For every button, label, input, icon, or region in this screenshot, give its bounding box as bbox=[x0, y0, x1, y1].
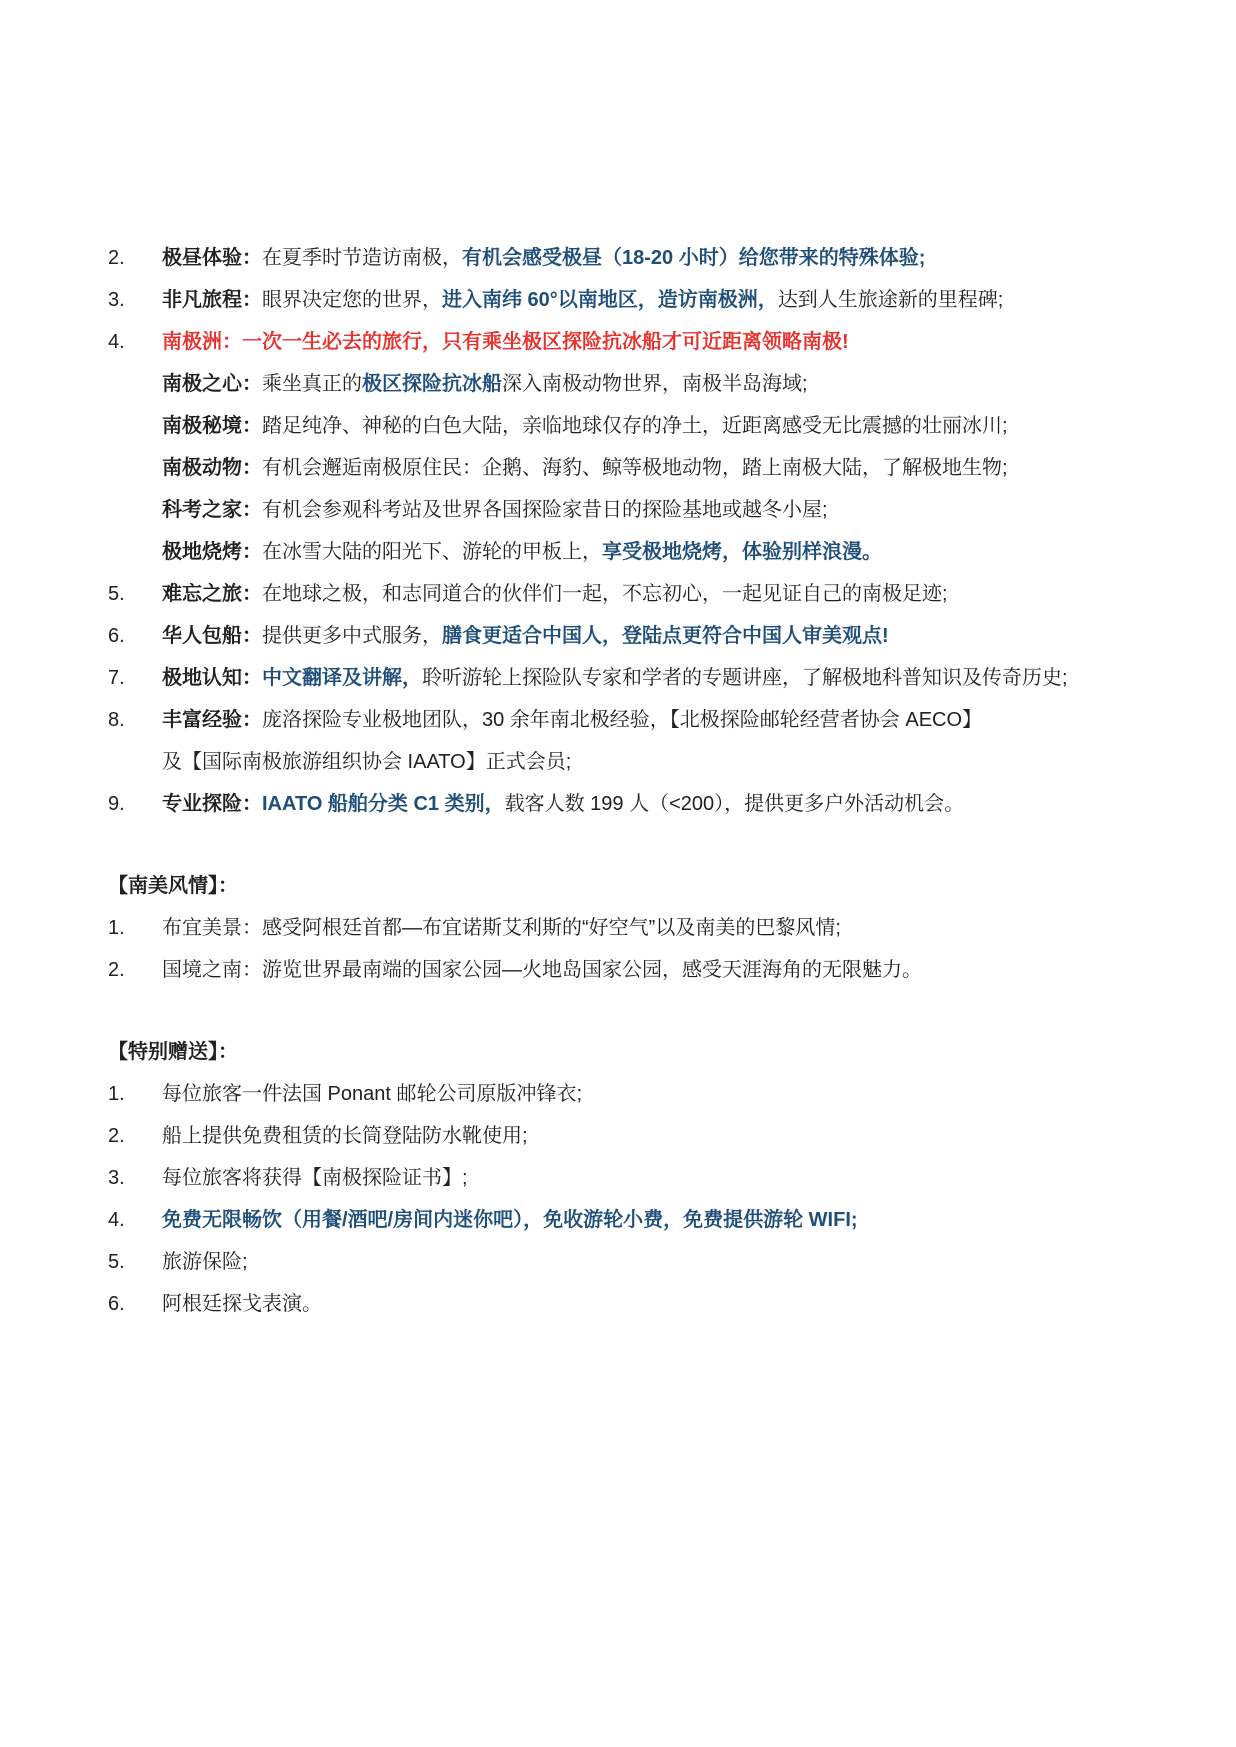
text-segment: 及【国际南极旅游组织协会 IAATO】正式会员; bbox=[162, 751, 571, 773]
item-text: 南极洲：一次一生必去的旅行，只有乘坐极区探险抗冰船才可近距离领略南极! bbox=[162, 321, 1176, 363]
list-item: 6.阿根廷探戈表演。 bbox=[108, 1283, 1176, 1325]
item-text: 科考之家：有机会参观科考站及世界各国探险家昔日的探险基地或越冬小屋; bbox=[162, 489, 1176, 531]
item-number: 4. bbox=[108, 1199, 162, 1241]
item-text: 极地认知：中文翻译及讲解，聆听游轮上探险队专家和学者的专题讲座，了解极地科普知识… bbox=[162, 657, 1176, 699]
text-segment: 深入南极动物世界，南极半岛海域; bbox=[502, 373, 808, 395]
text-segment: 难忘之旅： bbox=[162, 583, 262, 605]
list-item: 南极之心：乘坐真正的极区探险抗冰船深入南极动物世界，南极半岛海域; bbox=[108, 363, 1176, 405]
document-content: 2.极昼体验：在夏季时节造访南极，有机会感受极昼（18-20 小时）给您带来的特… bbox=[0, 0, 1236, 1325]
item-number: 3. bbox=[108, 279, 162, 321]
item-text: 每位旅客一件法国 Ponant 邮轮公司原版冲锋衣; bbox=[162, 1073, 1176, 1115]
item-text: 非凡旅程：眼界决定您的世界，进入南纬 60°以南地区，造访南极洲，达到人生旅途新… bbox=[162, 279, 1176, 321]
text-segment: 南极之心： bbox=[162, 373, 262, 395]
text-segment: 庞洛探险专业极地团队，30 余年南北极经验，【北极探险邮轮经营者协会 AECO】 bbox=[262, 709, 982, 731]
list-item: 极地烧烤：在冰雪大陆的阳光下、游轮的甲板上，享受极地烧烤，体验别样浪漫。 bbox=[108, 531, 1176, 573]
text-segment: 科考之家： bbox=[162, 499, 262, 521]
text-segment: 专业探险： bbox=[162, 793, 262, 815]
text-segment: 丰富经验： bbox=[162, 709, 262, 731]
item-number bbox=[108, 405, 162, 447]
item-number: 9. bbox=[108, 783, 162, 825]
text-segment: 在冰雪大陆的阳光下、游轮的甲板上， bbox=[262, 541, 602, 563]
item-number: 3. bbox=[108, 1157, 162, 1199]
list-item: 1.布宜美景：感受阿根廷首都—布宜诺斯艾利斯的“好空气”以及南美的巴黎风情; bbox=[108, 907, 1176, 949]
item-number: 2. bbox=[108, 237, 162, 279]
item-number: 1. bbox=[108, 1073, 162, 1115]
list-item: 4.免费无限畅饮（用餐/酒吧/房间内迷你吧），免收游轮小费，免费提供游轮 WIF… bbox=[108, 1199, 1176, 1241]
text-segment: 华人包船： bbox=[162, 625, 262, 647]
list-item: 5.旅游保险; bbox=[108, 1241, 1176, 1283]
text-segment: 乘坐真正的 bbox=[262, 373, 362, 395]
text-segment: 极地认知： bbox=[162, 667, 262, 689]
text-segment: 聆听游轮上探险队专家和学者的专题讲座，了解极地科普知识及传奇历史; bbox=[422, 667, 1068, 689]
item-number: 8. bbox=[108, 699, 162, 783]
item-number: 5. bbox=[108, 573, 162, 615]
list-item: 3.非凡旅程：眼界决定您的世界，进入南纬 60°以南地区，造访南极洲，达到人生旅… bbox=[108, 279, 1176, 321]
text-segment: 中文翻译及讲解， bbox=[262, 667, 422, 689]
item-number: 6. bbox=[108, 615, 162, 657]
text-segment: 在夏季时节造访南极， bbox=[262, 247, 462, 269]
item-text: 极地烧烤：在冰雪大陆的阳光下、游轮的甲板上，享受极地烧烤，体验别样浪漫。 bbox=[162, 531, 1176, 573]
list-item: 1.每位旅客一件法国 Ponant 邮轮公司原版冲锋衣; bbox=[108, 1073, 1176, 1115]
text-segment: 极昼体验： bbox=[162, 247, 262, 269]
item-text: 南极动物：有机会邂逅南极原住民：企鹅、海豹、鲸等极地动物，踏上南极大陆，了解极地… bbox=[162, 447, 1176, 489]
item-text: 船上提供免费租赁的长筒登陆防水靴使用; bbox=[162, 1115, 1176, 1157]
text-segment: IAATO 船舶分类 C1 类别， bbox=[262, 793, 505, 815]
text-segment: 国境之南：游览世界最南端的国家公园—火地岛国家公园，感受天涯海角的无限魅力。 bbox=[162, 959, 922, 981]
item-text: 每位旅客将获得【南极探险证书】; bbox=[162, 1157, 1176, 1199]
text-segment: 享受极地烧烤，体验别样浪漫。 bbox=[602, 541, 882, 563]
item-text: 南极秘境：踏足纯净、神秘的白色大陆，亲临地球仅存的净土，近距离感受无比震撼的壮丽… bbox=[162, 405, 1176, 447]
list-item: 7.极地认知：中文翻译及讲解，聆听游轮上探险队专家和学者的专题讲座，了解极地科普… bbox=[108, 657, 1176, 699]
text-segment: 南极洲：一次一生必去的旅行，只有乘坐极区探险抗冰船才可近距离领略南极! bbox=[162, 331, 849, 353]
item-text: 免费无限畅饮（用餐/酒吧/房间内迷你吧），免收游轮小费，免费提供游轮 WIFI; bbox=[162, 1199, 1176, 1241]
text-segment: 极区探险抗冰船 bbox=[362, 373, 502, 395]
list-item: 南极秘境：踏足纯净、神秘的白色大陆，亲临地球仅存的净土，近距离感受无比震撼的壮丽… bbox=[108, 405, 1176, 447]
item-text: 旅游保险; bbox=[162, 1241, 1176, 1283]
item-number bbox=[108, 447, 162, 489]
item-text: 南极之心：乘坐真正的极区探险抗冰船深入南极动物世界，南极半岛海域; bbox=[162, 363, 1176, 405]
text-segment: 达到人生旅途新的里程碑; bbox=[778, 289, 1004, 311]
text-segment: 南极动物： bbox=[162, 457, 262, 479]
list-item: 8.丰富经验：庞洛探险专业极地团队，30 余年南北极经验，【北极探险邮轮经营者协… bbox=[108, 699, 1176, 783]
list-item: 4.南极洲：一次一生必去的旅行，只有乘坐极区探险抗冰船才可近距离领略南极! bbox=[108, 321, 1176, 363]
text-segment: 极地烧烤： bbox=[162, 541, 262, 563]
text-segment: 进入南纬 60°以南地区，造访南极洲， bbox=[442, 289, 778, 311]
list-item: 9.专业探险：IAATO 船舶分类 C1 类别，载客人数 199 人（<200）… bbox=[108, 783, 1176, 825]
item-number: 2. bbox=[108, 1115, 162, 1157]
text-segment: 膳食更适合中国人，登陆点更符合中国人审美观点! bbox=[442, 625, 889, 647]
section-heading: 【南美风情】： bbox=[108, 865, 1176, 907]
text-segment: 有机会感受极昼（18-20 小时）给您带来的特殊体验; bbox=[462, 247, 925, 269]
item-text: 布宜美景：感受阿根廷首都—布宜诺斯艾利斯的“好空气”以及南美的巴黎风情; bbox=[162, 907, 1176, 949]
item-text: 阿根廷探戈表演。 bbox=[162, 1283, 1176, 1325]
item-number: 7. bbox=[108, 657, 162, 699]
text-segment: 阿根廷探戈表演。 bbox=[162, 1293, 322, 1315]
list-item: 2.船上提供免费租赁的长筒登陆防水靴使用; bbox=[108, 1115, 1176, 1157]
list-item: 6.华人包船：提供更多中式服务，膳食更适合中国人，登陆点更符合中国人审美观点! bbox=[108, 615, 1176, 657]
item-number bbox=[108, 489, 162, 531]
item-text: 难忘之旅：在地球之极，和志同道合的伙伴们一起，不忘初心，一起见证自己的南极足迹; bbox=[162, 573, 1176, 615]
text-segment: 旅游保险; bbox=[162, 1251, 248, 1273]
item-number: 6. bbox=[108, 1283, 162, 1325]
text-segment: 在地球之极，和志同道合的伙伴们一起，不忘初心，一起见证自己的南极足迹; bbox=[262, 583, 948, 605]
text-segment: 非凡旅程： bbox=[162, 289, 262, 311]
list-item: 科考之家：有机会参观科考站及世界各国探险家昔日的探险基地或越冬小屋; bbox=[108, 489, 1176, 531]
item-number bbox=[108, 363, 162, 405]
text-segment: 踏足纯净、神秘的白色大陆，亲临地球仅存的净土，近距离感受无比震撼的壮丽冰川; bbox=[262, 415, 1008, 437]
list-item: 3.每位旅客将获得【南极探险证书】; bbox=[108, 1157, 1176, 1199]
item-number: 4. bbox=[108, 321, 162, 363]
item-text: 专业探险：IAATO 船舶分类 C1 类别，载客人数 199 人（<200），提… bbox=[162, 783, 1176, 825]
item-text: 丰富经验：庞洛探险专业极地团队，30 余年南北极经验，【北极探险邮轮经营者协会 … bbox=[162, 699, 1176, 783]
item-text: 华人包船：提供更多中式服务，膳食更适合中国人，登陆点更符合中国人审美观点! bbox=[162, 615, 1176, 657]
item-number bbox=[108, 531, 162, 573]
document-page: 2.极昼体验：在夏季时节造访南极，有机会感受极昼（18-20 小时）给您带来的特… bbox=[0, 0, 1236, 1747]
list-item: 南极动物：有机会邂逅南极原住民：企鹅、海豹、鲸等极地动物，踏上南极大陆，了解极地… bbox=[108, 447, 1176, 489]
text-segment: 船上提供免费租赁的长筒登陆防水靴使用; bbox=[162, 1125, 528, 1147]
list-item: 5.难忘之旅：在地球之极，和志同道合的伙伴们一起，不忘初心，一起见证自己的南极足… bbox=[108, 573, 1176, 615]
section-heading: 【特别赠送】： bbox=[108, 1031, 1176, 1073]
text-segment: 提供更多中式服务， bbox=[262, 625, 442, 647]
text-segment: 有机会邂逅南极原住民：企鹅、海豹、鲸等极地动物，踏上南极大陆，了解极地生物; bbox=[262, 457, 1008, 479]
item-text: 国境之南：游览世界最南端的国家公园—火地岛国家公园，感受天涯海角的无限魅力。 bbox=[162, 949, 1176, 991]
text-segment: 载客人数 199 人（<200），提供更多户外活动机会。 bbox=[505, 793, 965, 815]
text-segment: 有机会参观科考站及世界各国探险家昔日的探险基地或越冬小屋; bbox=[262, 499, 828, 521]
text-segment: 免费无限畅饮（用餐/酒吧/房间内迷你吧），免收游轮小费，免费提供游轮 WIFI; bbox=[162, 1209, 858, 1231]
item-number: 1. bbox=[108, 907, 162, 949]
text-segment: 南极秘境： bbox=[162, 415, 262, 437]
item-number: 2. bbox=[108, 949, 162, 991]
text-segment: 每位旅客一件法国 Ponant 邮轮公司原版冲锋衣; bbox=[162, 1083, 582, 1105]
list-item: 2.国境之南：游览世界最南端的国家公园—火地岛国家公园，感受天涯海角的无限魅力。 bbox=[108, 949, 1176, 991]
item-text: 极昼体验：在夏季时节造访南极，有机会感受极昼（18-20 小时）给您带来的特殊体… bbox=[162, 237, 1176, 279]
item-number: 5. bbox=[108, 1241, 162, 1283]
list-item: 2.极昼体验：在夏季时节造访南极，有机会感受极昼（18-20 小时）给您带来的特… bbox=[108, 237, 1176, 279]
text-segment: 每位旅客将获得【南极探险证书】; bbox=[162, 1167, 468, 1189]
text-segment: 眼界决定您的世界， bbox=[262, 289, 442, 311]
text-segment: 布宜美景：感受阿根廷首都—布宜诺斯艾利斯的“好空气”以及南美的巴黎风情; bbox=[162, 917, 841, 939]
